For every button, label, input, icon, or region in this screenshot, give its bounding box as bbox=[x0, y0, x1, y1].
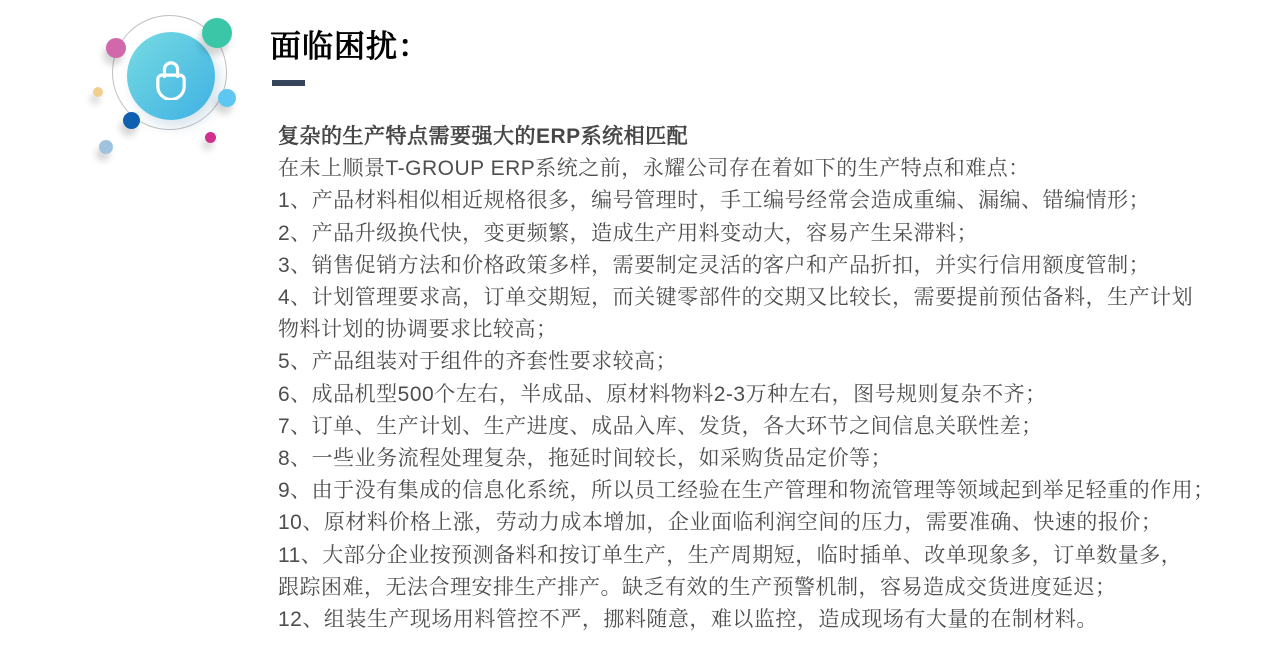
body-line: 物料计划的协调要求比较高； bbox=[278, 314, 1265, 346]
body-line: 2、产品升级换代快，变更频繁，造成生产用料变动大，容易产生呆滞料； bbox=[278, 218, 1265, 250]
body-line: 3、销售促销方法和价格政策多样，需要制定灵活的客户和产品折扣，并实行信用额度管制… bbox=[278, 250, 1265, 282]
body-line: 9、由于没有集成的信息化系统，所以员工经验在生产管理和物流管理等领域起到举足轻重… bbox=[278, 475, 1265, 507]
body-line: 7、订单、生产计划、生产进度、成品入库、发货，各大环节之间信息关联性差； bbox=[278, 411, 1265, 443]
body-line: 8、一些业务流程处理复杂，拖延时间较长，如采购货品定价等； bbox=[278, 443, 1265, 475]
body-line: 1、产品材料相似相近规格很多，编号管理时，手工编号经常会造成重编、漏编、错编情形… bbox=[278, 185, 1265, 217]
body-line: 10、原材料价格上涨，劳动力成本增加，企业面临利润空间的压力，需要准确、快速的报… bbox=[278, 507, 1265, 539]
lock-badge bbox=[0, 0, 260, 175]
body-line: 11、大部分企业按预测备料和按订单生产，生产周期短，临时插单、改单现象多，订单数… bbox=[278, 540, 1265, 572]
title-dash bbox=[272, 80, 305, 86]
body-lines: 复杂的生产特点需要强大的ERP系统相匹配在未上顺景T-GROUP ERP系统之前… bbox=[278, 121, 1265, 636]
slide: 面临困扰： 复杂的生产特点需要强大的ERP系统相匹配在未上顺景T-GROUP E… bbox=[0, 0, 1265, 658]
body-line: 在未上顺景T-GROUP ERP系统之前，永耀公司存在着如下的生产特点和难点： bbox=[278, 153, 1265, 185]
decor-dot-teal bbox=[202, 18, 232, 48]
decor-dot-steelblue bbox=[99, 140, 113, 154]
body-line: 12、组装生产现场用料管控不严，挪料随意，难以监控，造成现场有大量的在制材料。 bbox=[278, 604, 1265, 636]
body-line: 6、成品机型500个左右，半成品、原材料物料2-3万种左右，图号规则复杂不齐； bbox=[278, 379, 1265, 411]
body-line: 5、产品组装对于组件的齐套性要求较高； bbox=[278, 346, 1265, 378]
page-title: 面临困扰： bbox=[270, 21, 430, 66]
decor-dot-pink bbox=[106, 38, 126, 58]
decor-dot-magenta bbox=[205, 132, 216, 143]
decor-dot-lightblue bbox=[218, 89, 236, 107]
body-line: 复杂的生产特点需要强大的ERP系统相匹配 bbox=[278, 121, 1265, 153]
lock-circle bbox=[127, 32, 215, 120]
lock-icon bbox=[152, 53, 190, 100]
decor-dot-darkblue bbox=[123, 112, 140, 129]
body-line: 4、计划管理要求高，订单交期短，而关键零部件的交期又比较长，需要提前预估备料，生… bbox=[278, 282, 1265, 314]
decor-dot-yellow bbox=[93, 87, 103, 97]
body-line: 跟踪困难，无法合理安排生产排产。缺乏有效的生产预警机制，容易造成交货进度延迟； bbox=[278, 572, 1265, 604]
